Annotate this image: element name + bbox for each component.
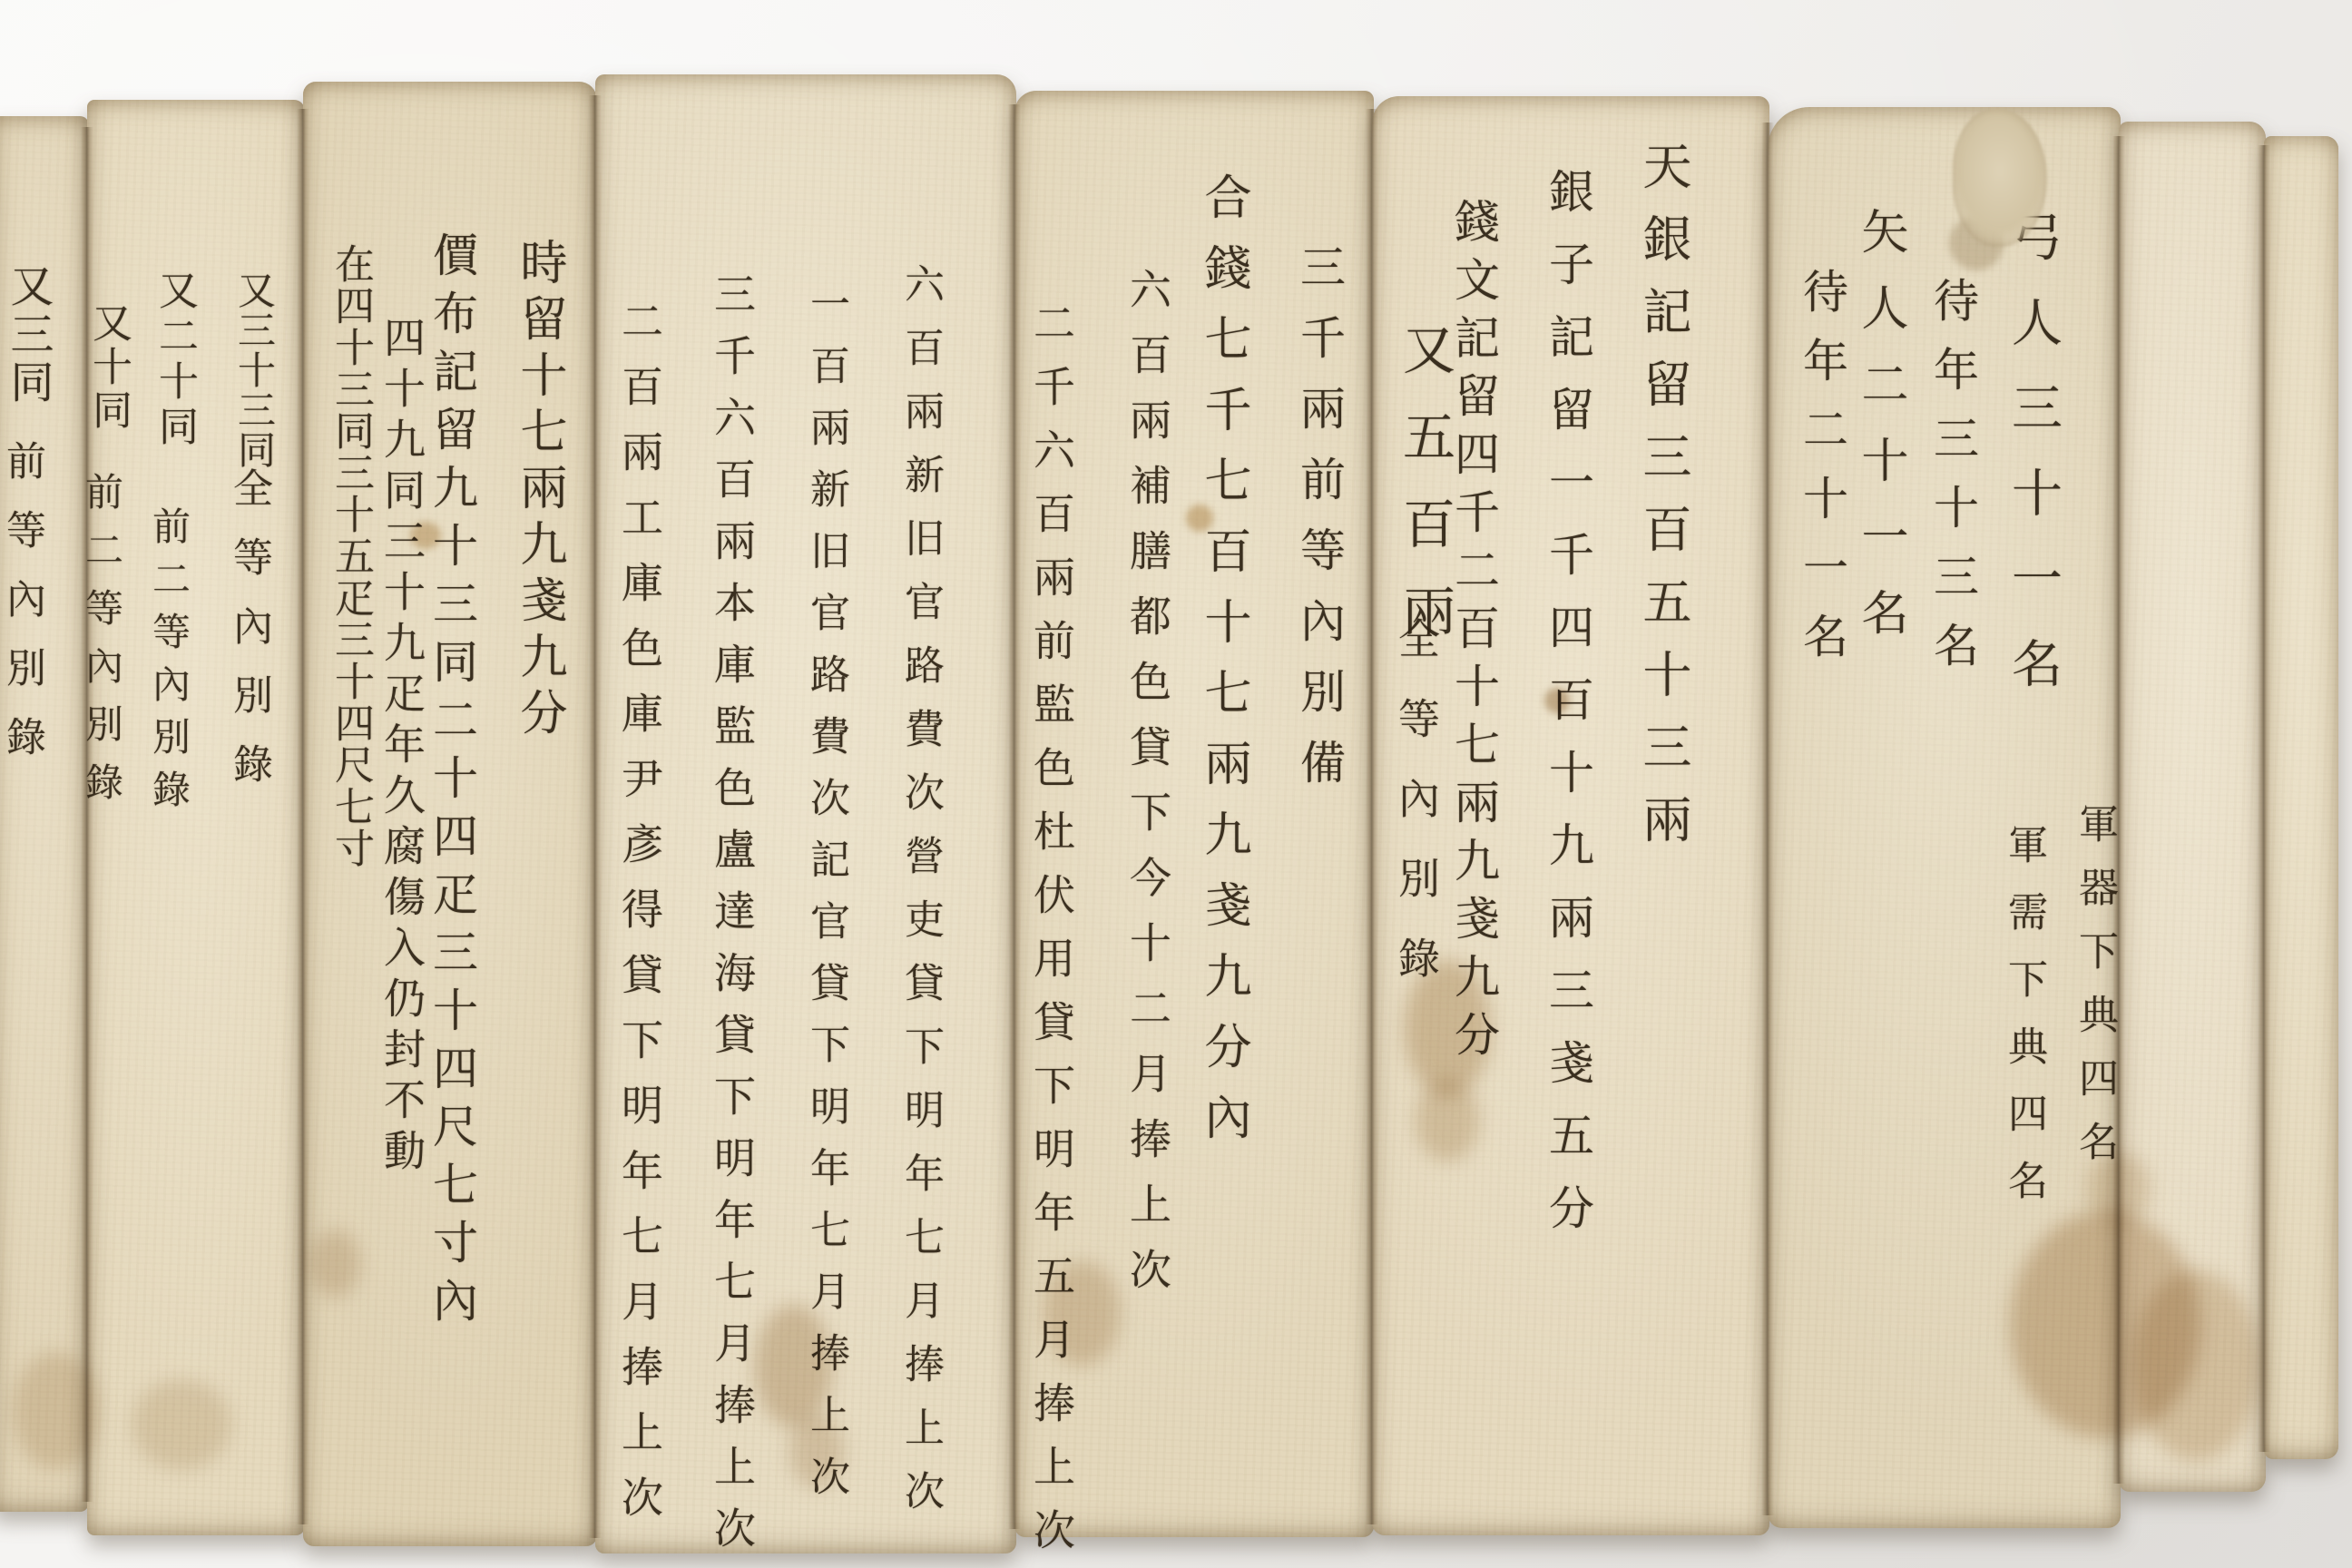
text-column: 矢人二十一名 [1857,207,1915,664]
text-column: 一百兩新旧官路費次記官貸下明年七月捧上次 [804,283,855,1517]
text-column: 二百兩工庫色庫尹彥得貸下明年七月捧上次 [617,299,670,1541]
text-column: 價布記留九十三同二十四疋三十四尺七寸內 [428,231,485,1335]
text-column: 弓人三十一名 [2007,211,2069,722]
text-column: 軍需下典四名 [2002,824,2053,1227]
manuscript-photo: 又三同前等內別錄又三十三同全等內別錄又二十同前二等內別錄又十同前二等內別錄時留十… [0,0,2352,1568]
text-column: 待年二十一名 [1798,268,1855,681]
text-column: 二千六百兩前監色杜伏用貸下明年五月捧上次 [1029,301,1082,1568]
text-column: 前二等內別錄 [80,472,129,820]
text-column: 前等內別錄 [0,440,51,785]
text-column: 又三同 [5,263,60,407]
text-column: 全等內別錄 [227,467,278,812]
manuscript-leaf-blank [2119,122,2266,1492]
text-column: 軍器下典四名 [2073,803,2123,1184]
text-column: 三千兩前等內別備 [1296,243,1352,809]
manuscript-leaf-blank [2264,136,2338,1459]
text-column: 天銀記留三百五十三兩 [1639,141,1699,867]
text-column: 全等內別錄 [1394,617,1446,1016]
text-column: 又十同 [86,302,137,433]
text-column: 時留十七兩九戔九分 [515,238,573,744]
text-column: 在四十三同三十五疋三十四尺七寸 [328,243,379,869]
text-column: 前二等內別錄 [147,506,196,822]
text-column: 又二十同 [152,269,203,451]
text-column: 四十九同三十九疋年久腐傷入仍封不動 [379,316,432,1180]
text-column: 又三十三同 [232,270,281,470]
text-column: 三千六百兩本庫監色盧達海貸下明年七月捧上次 [710,272,762,1568]
text-column: 銀子記留一千四百十九兩三戔五分 [1544,168,1601,1257]
text-column: 六百兩新旧官路費次營吏貸下明年七月捧上次 [898,263,949,1534]
text-column: 待年三十三名 [1929,277,1985,691]
text-column: 六百兩補膳都色貸下今十二月捧上次 [1125,268,1178,1313]
text-column: 合錢七千七百十七兩九戔九分內 [1200,172,1258,1163]
